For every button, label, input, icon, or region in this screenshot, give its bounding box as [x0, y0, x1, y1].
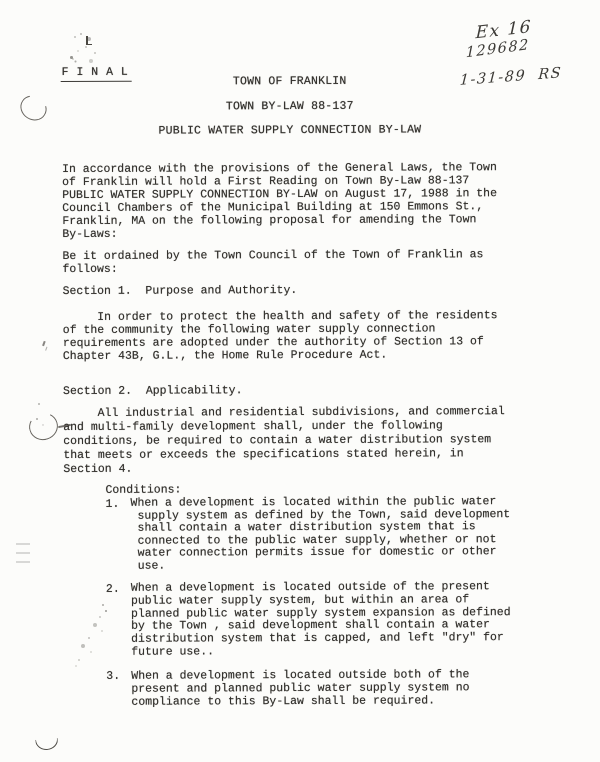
document-content: Ex 16 129682 1-31-89 RS F I N A L TOWN O… [0, 0, 600, 762]
section1-paragraph: In order to protect the health and safet… [63, 309, 498, 363]
section2-heading: Section 2. Applicability. [63, 384, 242, 398]
condition-number: 1. [106, 498, 131, 511]
condition-text: When a development is located outside of… [131, 581, 511, 659]
org-heading: TOWN OF FRANKLIN [90, 74, 490, 89]
condition-number: 2. [106, 583, 131, 596]
condition-number: 3. [106, 670, 131, 683]
section1-heading: Section 1. Purpose and Authority. [63, 284, 298, 298]
condition-text: When a development is located outside bo… [131, 668, 469, 708]
ink-speck-curl [70, 56, 73, 59]
enacting-clause: Be it ordained by the Town Council of th… [62, 248, 483, 276]
condition-text: When a development is located within the… [131, 496, 511, 573]
condition-item-3: 3. When a development is located outside… [106, 668, 469, 709]
faint-gray-marks [16, 543, 30, 568]
bylaw-number-heading: TOWN BY-LAW 88-137 [90, 99, 490, 114]
ink-specks-ring-middle [36, 418, 38, 420]
scanned-document-page: Ex 16 129682 1-31-89 RS F I N A L TOWN O… [0, 0, 600, 762]
document-title: PUBLIC WATER SUPPLY CONNECTION BY-LAW [90, 123, 490, 138]
intro-paragraph: In accordance with the provisions of the… [62, 161, 497, 241]
ink-speck-cluster-top [74, 36, 76, 38]
ink-mark-horizontal [86, 44, 92, 46]
conditions-label: Conditions: [105, 484, 181, 497]
condition-item-1: 1. When a development is located within … [106, 496, 511, 573]
ink-speck-trail [102, 604, 104, 606]
section2-paragraph: All industrial and residential subdivisi… [63, 405, 505, 477]
condition-item-2: 2. When a development is located outside… [106, 581, 511, 660]
